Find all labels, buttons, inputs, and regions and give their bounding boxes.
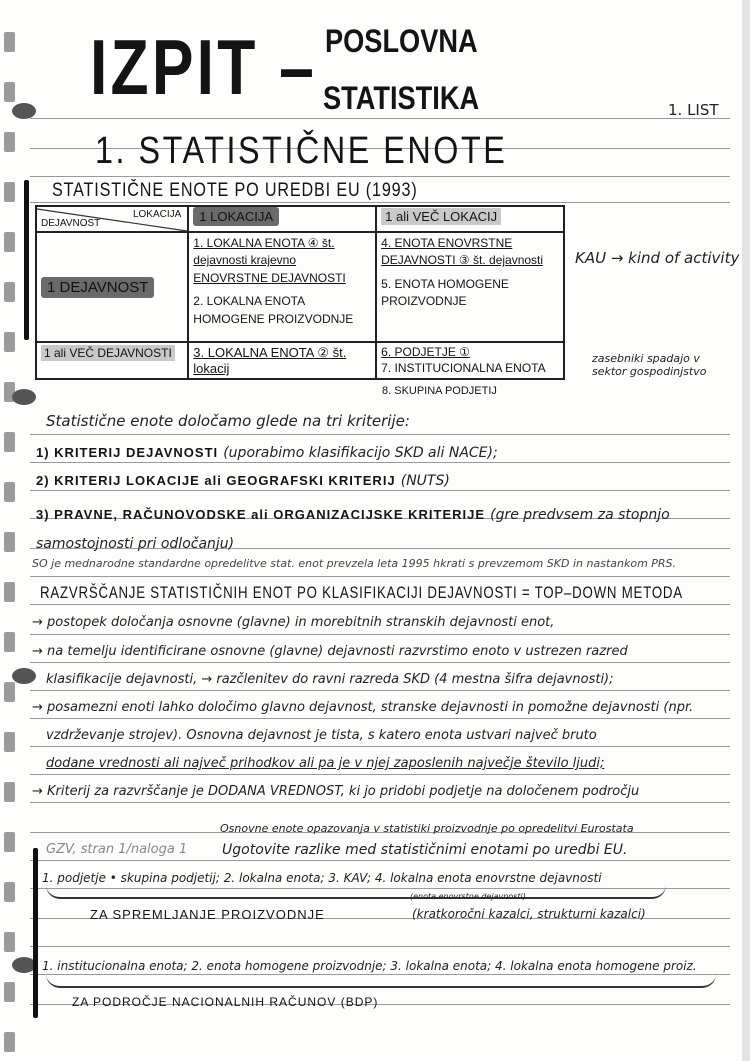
spiral-ring — [4, 182, 15, 202]
classification-heading: RAZVRŠČANJE STATISTIČNIH ENOT PO KLASIFI… — [40, 584, 683, 601]
exercise-annotation: Osnovne enote opazovanja v statistiki pr… — [220, 823, 634, 834]
group1-note: (kratkoročni kazalci, strukturni kazalci… — [412, 908, 646, 920]
punch-hole — [12, 389, 36, 405]
statistical-units-table: LOKACIJA DEJAVNOST 1 LOKACIJA 1 ali VEČ … — [35, 205, 565, 380]
ruled-line — [30, 462, 730, 463]
spiral-ring — [4, 282, 15, 302]
page-subtitle-line1: POSLOVNA — [325, 25, 478, 57]
spiral-ring — [4, 32, 15, 52]
criterion-label: 1) KRITERIJ DEJAVNOSTI — [36, 445, 218, 460]
spiral-ring — [4, 232, 15, 252]
table-heading: STATISTIČNE ENOTE PO UREDBI EU (1993) — [52, 181, 418, 200]
ruled-line — [30, 774, 730, 775]
note-kau: KAU → kind of activity unit — [575, 251, 750, 266]
note-institutional: zasebniki spadajo v sektor gospodinjstvo — [592, 352, 732, 378]
classification-point: dodane vrednosti ali največ prihodkov al… — [46, 757, 604, 770]
classification-point: → Kriterij za razvrščanje je DODANA VRED… — [32, 785, 639, 798]
spiral-ring — [4, 82, 15, 102]
ruled-line — [30, 802, 730, 803]
punch-hole — [12, 668, 36, 684]
spiral-ring — [4, 582, 15, 602]
spiral-ring — [4, 482, 15, 502]
unit-local-kau: 1. LOKALNA ENOTA ④ št. dejavnosti krajev… — [193, 235, 371, 287]
criterion-3: 3) PRAVNE, RAČUNOVODSKE ali ORGANIZACIJS… — [36, 500, 726, 558]
spiral-ring — [4, 932, 15, 952]
criterion-label: 3) PRAVNE, RAČUNOVODSKE ali ORGANIZACIJS… — [36, 507, 485, 522]
row-header-1: 1 DEJAVNOST — [36, 232, 188, 342]
curly-brace — [46, 974, 716, 988]
ruled-line — [30, 690, 730, 691]
spiral-ring — [4, 832, 15, 852]
spiral-ring — [4, 982, 15, 1002]
criterion-1: 1) KRITERIJ DEJAVNOSTI (uporabimo klasif… — [36, 444, 498, 460]
ruled-line — [30, 118, 730, 119]
ruled-line — [30, 576, 730, 577]
table-corner-cell: LOKACIJA DEJAVNOST — [36, 206, 188, 232]
page-edge — [742, 0, 750, 1061]
group1-items: 1. podjetje • skupina podjetij; 2. lokal… — [42, 872, 602, 884]
sheet-label: 1. LIST — [668, 103, 719, 118]
classification-point: klasifikacije dejavnosti, → razčlenitev … — [46, 673, 614, 686]
spiral-ring — [4, 782, 15, 802]
cell-1-2: 4. ENOTA ENOVRSTNE DEJAVNOSTI ③ št. deja… — [376, 232, 564, 342]
ruled-line — [30, 718, 730, 719]
ruled-line — [30, 176, 730, 177]
ruled-line — [30, 434, 730, 435]
group2-items: 1. institucionalna enota; 2. enota homog… — [42, 960, 697, 972]
spiral-ring — [4, 132, 15, 152]
col-header-1: 1 LOKACIJA — [188, 206, 376, 232]
ruled-line — [30, 746, 730, 747]
row-header-2: 1 ali VEČ DEJAVNOSTI — [36, 342, 188, 379]
row-header-label: 1 ali VEČ DEJAVNOSTI — [41, 345, 175, 361]
classification-point: → posamezni enoti lahko določimo glavno … — [32, 701, 693, 714]
spiral-ring — [4, 332, 15, 352]
classification-point: → postopek določanja osnovne (glavne) in… — [32, 616, 554, 629]
ruled-line — [30, 860, 730, 861]
spiral-ring — [4, 432, 15, 452]
criterion-2: 2) KRITERIJ LOKACIJE ali GEOGRAFSKI KRIT… — [36, 472, 450, 488]
unit-local: 3. LOKALNA ENOTA ② št. lokacij — [193, 345, 371, 376]
criterion-label: 2) KRITERIJ LOKACIJE ali GEOGRAFSKI KRIT… — [36, 473, 396, 488]
cell-2-1: 3. LOKALNA ENOTA ② št. lokacij — [188, 342, 376, 379]
spiral-ring — [4, 732, 15, 752]
unit-enterprise-group: 8. SKUPINA PODJETIJ — [382, 386, 497, 397]
criteria-intro: Statistične enote določamo glede na tri … — [46, 414, 410, 429]
row-header-label: 1 DEJAVNOST — [41, 277, 154, 298]
ruled-line — [30, 946, 730, 947]
spiral-ring — [4, 682, 15, 702]
spiral-ring — [4, 632, 15, 652]
unit-local-homogeneous: 2. LOKALNA ENOTA HOMOGENE PROIZVODNJE — [193, 293, 371, 328]
margin-bar — [24, 180, 29, 340]
col-header-2: 1 ali VEČ LOKACIJ — [376, 206, 564, 232]
ruled-line — [30, 604, 730, 605]
ruled-line — [30, 634, 730, 635]
ruled-line — [30, 490, 730, 491]
classification-point: vzdrževanje strojev). Osnovna dejavnost … — [46, 729, 597, 742]
classification-point: → na temelju identificirane osnovne (gla… — [32, 645, 628, 658]
spiral-ring — [4, 532, 15, 552]
col-header-label: 1 ali VEČ LOKACIJ — [381, 208, 501, 225]
ruled-line — [30, 662, 730, 663]
section-heading: 1. STATISTIČNE ENOTE — [95, 132, 507, 170]
unit-institutional: 7. INSTITUCIONALNA ENOTA — [381, 361, 559, 377]
criterion-note: (uporabimo klasifikacijo SKD ali NACE); — [223, 445, 498, 461]
unit-homogeneous-production: 5. ENOTA HOMOGENE PROIZVODNJE — [381, 276, 559, 311]
history-note: SO je mednarodne standardne opredelitve … — [32, 558, 676, 569]
unit-enterprise: 6. PODJETJE ① — [381, 345, 559, 361]
group1-label: ZA SPREMLJANJE PROIZVODNJE — [90, 908, 325, 921]
exercise-reference: GZV, stran 1/naloga 1 — [46, 843, 187, 856]
col-header-label: 1 LOKACIJA — [193, 207, 279, 226]
spiral-ring — [4, 1032, 15, 1052]
page-subtitle-line2: STATISTIKA — [323, 82, 479, 114]
group2-label: ZA PODROČJE NACIONALNIH RAČUNOV (BDP) — [72, 996, 378, 1008]
spiral-ring — [4, 882, 15, 902]
criterion-note: (NUTS) — [401, 473, 450, 489]
cell-2-2: 6. PODJETJE ① 7. INSTITUCIONALNA ENOTA — [376, 342, 564, 379]
ruled-line — [30, 202, 730, 203]
page-title: IZPIT – — [90, 28, 317, 106]
group1-sub: (enota enovrstne dejavnosti) — [410, 893, 526, 901]
notebook-page: IZPIT – POSLOVNA STATISTIKA 1. LIST 1. S… — [0, 0, 742, 1061]
exercise-task: Ugotovite razlike med statističnimi enot… — [222, 843, 627, 857]
punch-hole — [12, 103, 36, 119]
curly-brace — [46, 885, 666, 899]
cell-1-1: 1. LOKALNA ENOTA ④ št. dejavnosti krajev… — [188, 232, 376, 342]
margin-bar — [33, 848, 38, 1018]
unit-kau: 4. ENOTA ENOVRSTNE DEJAVNOSTI ③ št. deja… — [381, 235, 559, 270]
